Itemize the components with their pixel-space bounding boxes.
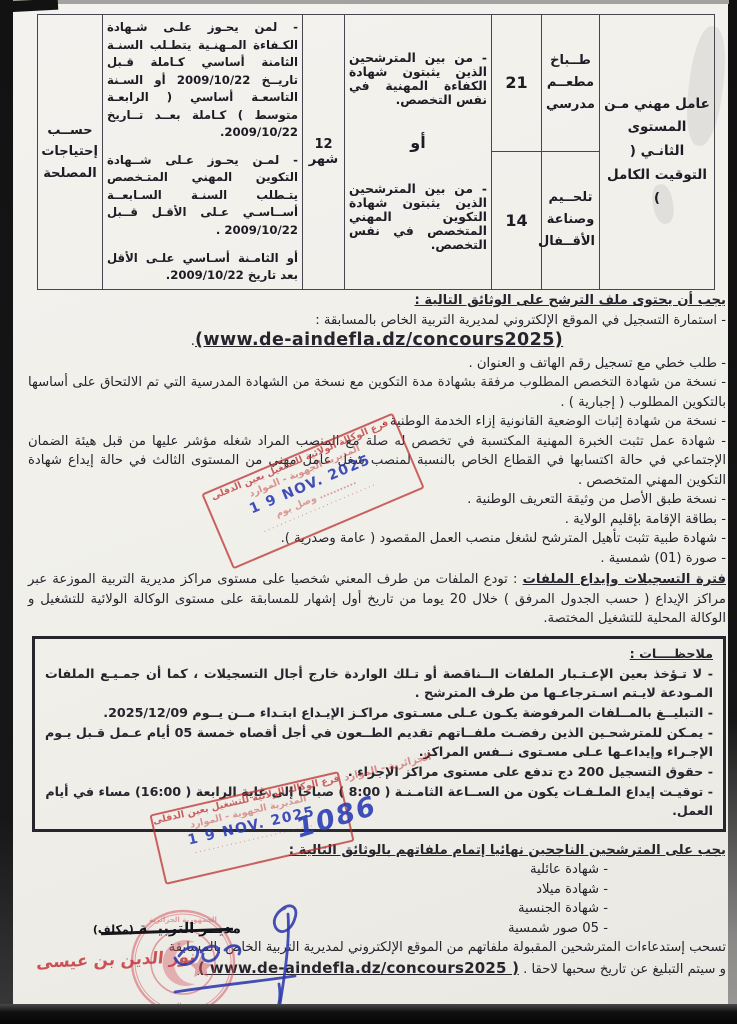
vacancy-table: عامل مهني مـن المستوى الثانـي ( التوقيت …	[37, 14, 715, 290]
registration-period-label: فترة التسجيلات وإيداع الملفات	[523, 572, 726, 587]
notes-title: ملاحظــــات :	[45, 644, 713, 663]
doc-item: - صورة (01) شمسية .	[28, 549, 726, 569]
cert-paragraph-1: - لمن يحـوز علـى شـهادة الكـفاءة المـهنـ…	[107, 19, 298, 142]
doc-item: - نسخة من شهادة التخصص المطلوب مرفقة بشه…	[28, 373, 726, 412]
condition-first: - من بين المترشحين الذين يثبتون شهادة ال…	[349, 51, 487, 107]
post-count-cell: 21	[492, 15, 542, 152]
cert-paragraph-2: - لمـن يحـوز عـلى شــهادة التكوين المهني…	[107, 152, 298, 240]
required-documents-title: يجب أن يحتوى ملف الترشح على الوثائق التا…	[28, 291, 726, 311]
final-documents-title: يجب على المترشحين الناجحين نهائيا إتمام …	[28, 841, 726, 861]
doc-item: - شهادة طبية تثبت تأهيل المترشح لشغل منص…	[28, 529, 726, 549]
note-item: - لا تـؤخذ بعين الإعـتـبار الملفات الــن…	[45, 664, 713, 702]
condition-or: أو	[349, 133, 487, 152]
registration-period-paragraph: فترة التسجيلات وإيداع الملفات : تودع الم…	[28, 570, 726, 629]
specialty-cell: طــباخ مطعــم مدرسي	[542, 15, 600, 152]
scan-edge-top	[13, 0, 729, 4]
note-item: - التبليــغ بالمــلفات المرفوضة يكـون عـ…	[45, 703, 713, 722]
condition-second: - من بين المترشحين الذين يثبتون شهادة ال…	[349, 182, 487, 252]
contest-url: (www.de-aindefla.dz/concours2025)	[195, 330, 563, 350]
scan-edge-left	[0, 0, 13, 1024]
scan-edge-bottom	[0, 1004, 737, 1024]
document-page: عامل مهني مـن المستوى الثانـي ( التوقيت …	[13, 4, 729, 1004]
note-item: - يمـكن للمترشحـين الذين رفضـت ملفــاتهم…	[45, 723, 713, 761]
signature-scribble-icon	[83, 892, 383, 1004]
cert-paragraph-3: أو الثامـنة أسـاسي علـى الأقل بعد تاريخ …	[107, 250, 298, 285]
post-count-cell: 14	[492, 151, 542, 289]
notes-box: ملاحظــــات : - لا تـؤخذ بعين الإعـتـبار…	[32, 636, 726, 832]
duration-value: 12 شهر	[309, 137, 338, 167]
service-needs-cell: حســب إحتياجات المصلحة	[38, 15, 103, 290]
withdraw-tail-text: و سيتم التبليغ عن تاريخ سحبها لاحقا .	[523, 962, 726, 977]
doc-item-registration-form: - استمارة التسجيل في الموقع الإلكتروني ل…	[28, 311, 726, 331]
specialty-cell: تلحــيم وصناعة الأقــفال	[542, 151, 600, 289]
contest-url-line: (www.de-aindefla.dz/concours2025).	[28, 331, 726, 352]
doc-item: - بطاقة الإقامة بإقليم الولاية .	[28, 510, 726, 530]
training-duration-cell: 12 شهر	[303, 15, 345, 290]
job-title-cell: عامل مهني مـن المستوى الثانـي ( التوقيت …	[600, 15, 715, 290]
doc-item: - طلب خطي مع تسجيل رقم الهاتف و العنوان …	[28, 354, 726, 374]
document-body: يجب أن يحتوى ملف الترشح على الوثائق التا…	[28, 291, 726, 979]
final-doc-item: - شهادة عائلية	[28, 860, 608, 880]
conditions-cell: - من بين المترشحين الذين يثبتون شهادة ال…	[345, 15, 492, 290]
scan-edge-right	[728, 0, 737, 1024]
certificate-requirements-cell: - لمن يحـوز علـى شـهادة الكـفاءة المـهنـ…	[103, 15, 303, 290]
